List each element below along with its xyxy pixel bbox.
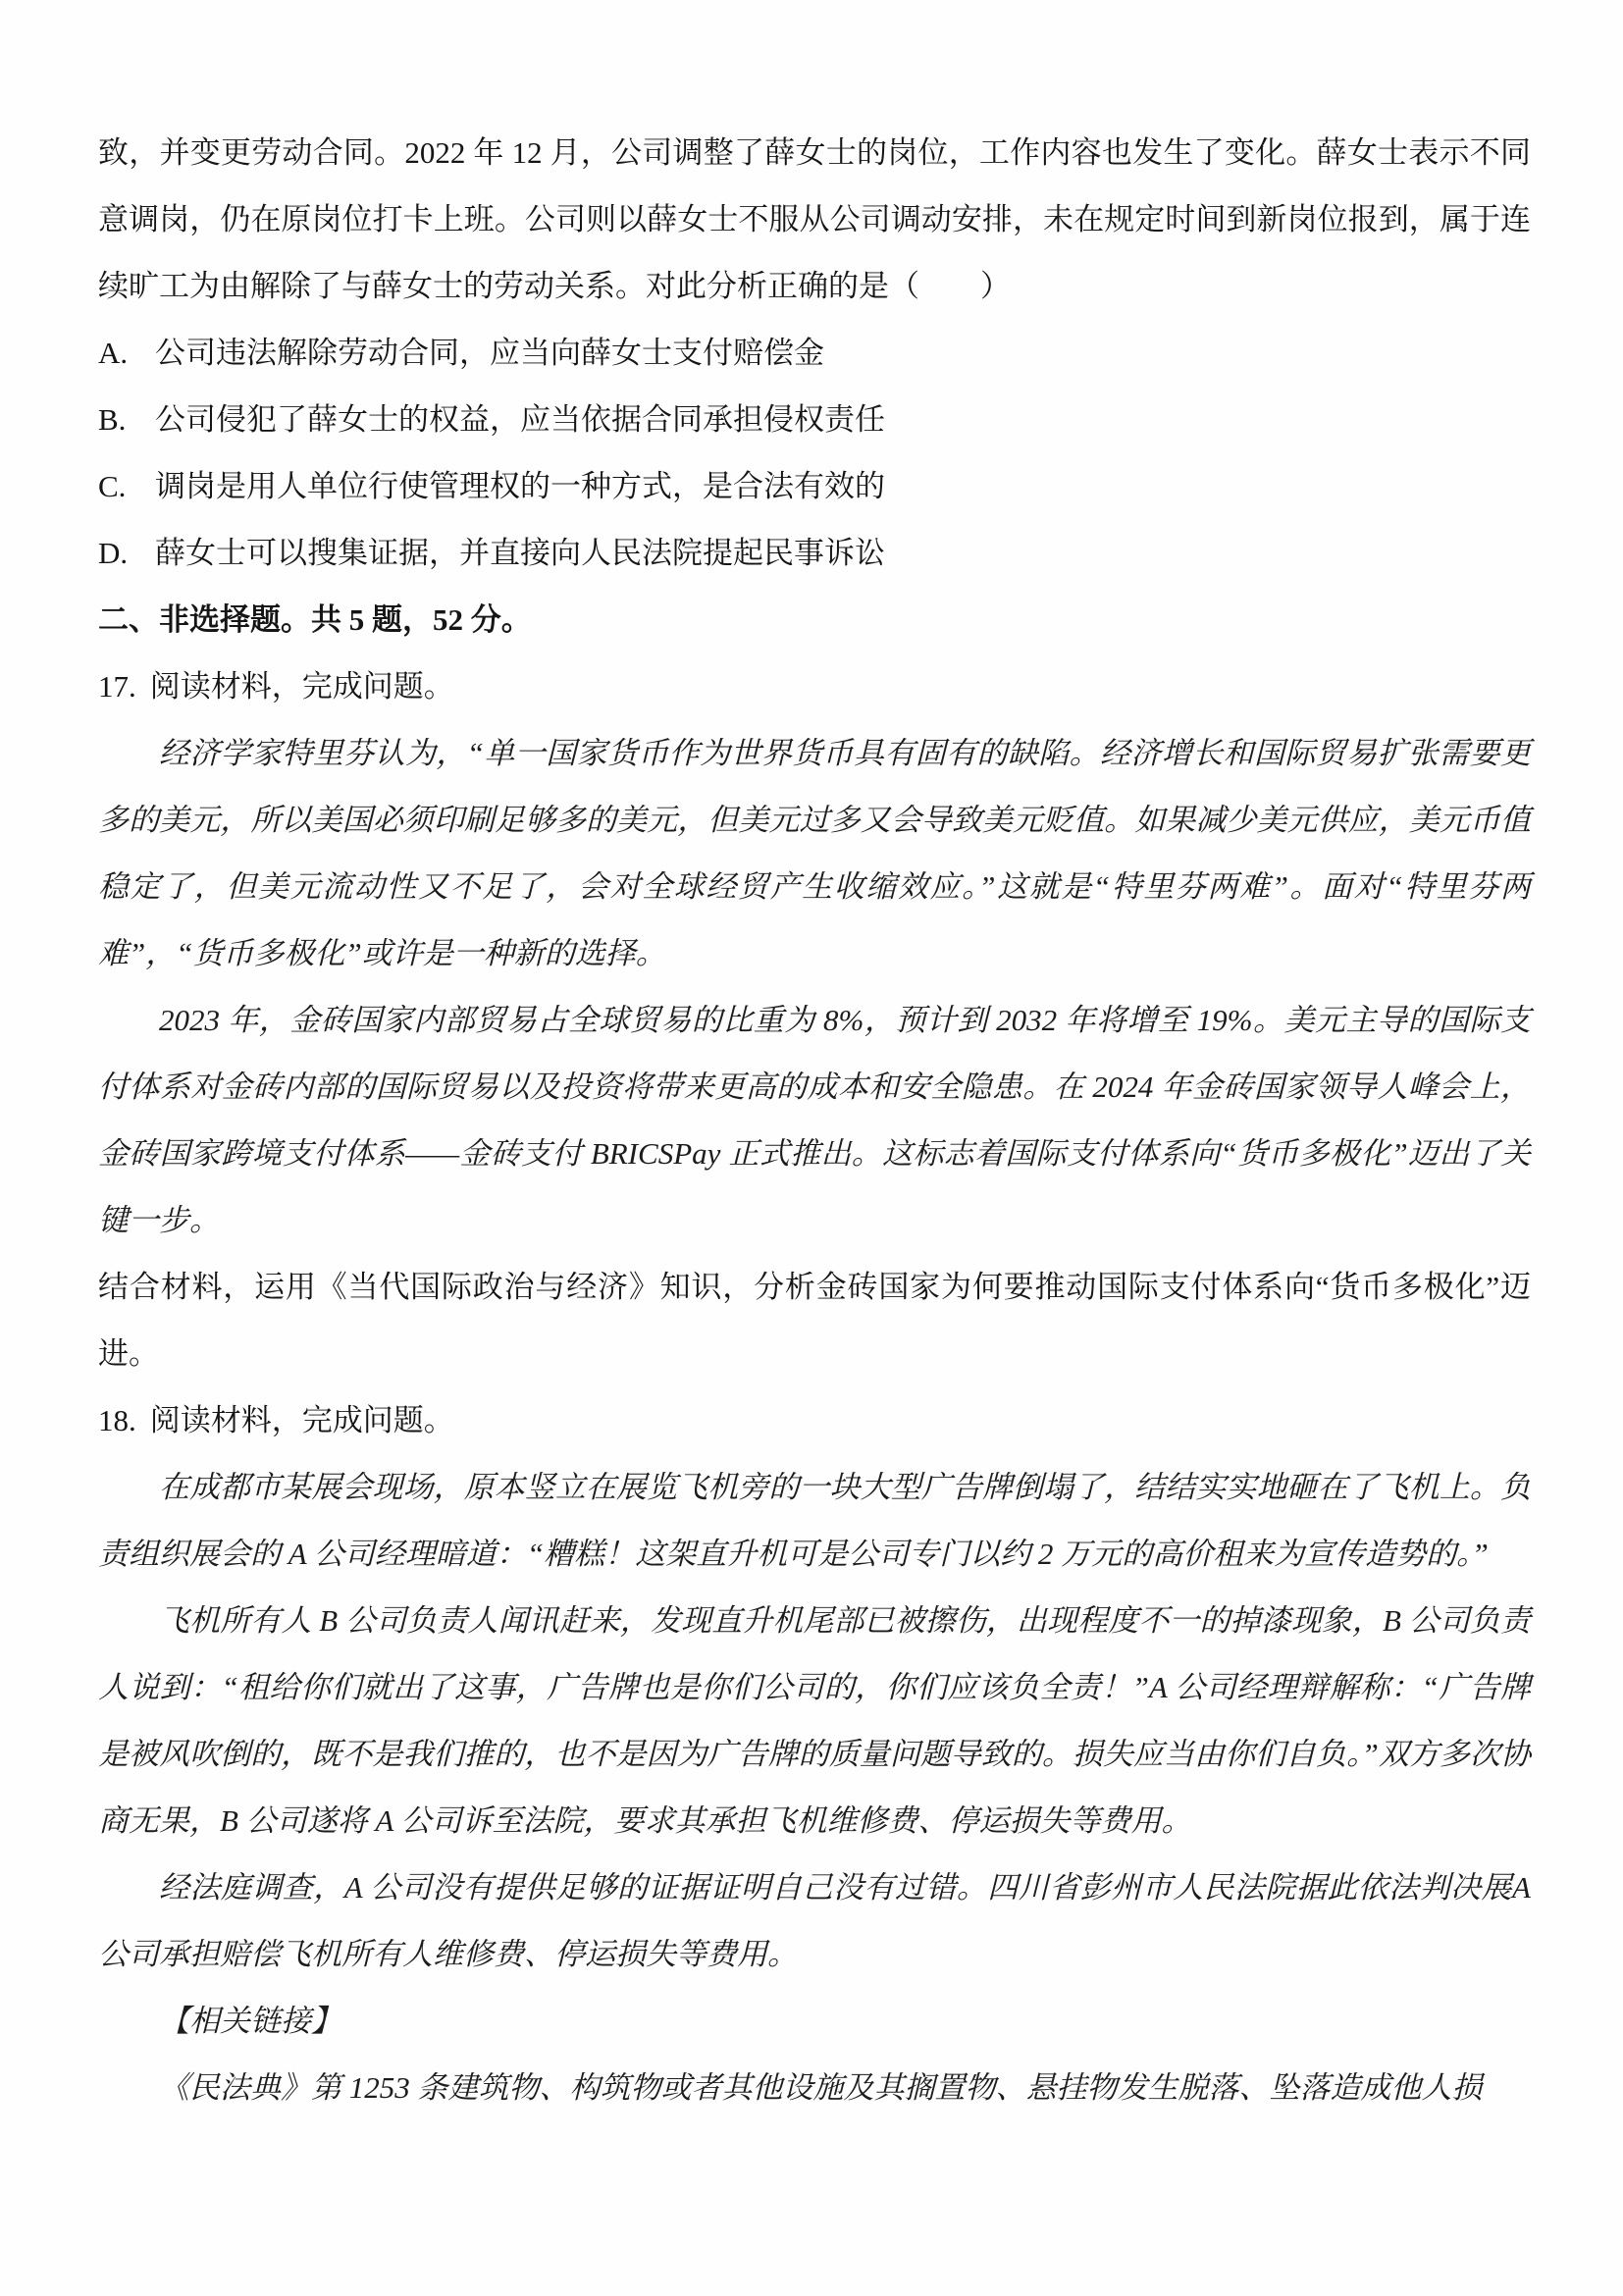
option-d: D. 薛女士可以搜集证据，并直接向人民法院提起民事诉讼 [98, 520, 1531, 587]
option-c: C. 调岗是用人单位行使管理权的一种方式，是合法有效的 [98, 453, 1531, 520]
question-17-intro: 阅读材料，完成问题。 [150, 669, 454, 704]
option-a-label: A. [98, 320, 155, 387]
question-18-material-1: 在成都市某展会现场，原本竖立在展览飞机旁的一块大型广告牌倒塌了，结结实实地砸在了… [98, 1454, 1531, 1588]
question-18-intro: 阅读材料，完成问题。 [150, 1403, 454, 1437]
question-18-material-2: 飞机所有人 B 公司负责人闻讯赶来，发现直升机尾部已被擦伤，出现程度不一的掉漆现… [98, 1588, 1531, 1854]
option-b: B. 公司侵犯了薛女士的权益，应当依据合同承担侵权责任 [98, 387, 1531, 453]
question-16-stem: 致，并变更劳动合同。2022 年 12 月，公司调整了薛女士的岗位，工作内容也发… [98, 120, 1531, 320]
option-d-text: 薛女士可以搜集证据，并直接向人民法院提起民事诉讼 [155, 520, 1531, 587]
section-2-header: 二、非选择题。共 5 题，52 分。 [98, 587, 1531, 653]
question-17-heading: 17.阅读材料，完成问题。 [98, 653, 1531, 720]
option-b-label: B. [98, 387, 155, 453]
option-c-text: 调岗是用人单位行使管理权的一种方式，是合法有效的 [155, 453, 1531, 520]
question-18-number: 18. [98, 1403, 136, 1437]
option-c-label: C. [98, 453, 155, 520]
question-18-material-3: 经法庭调查，A 公司没有提供足够的证据证明自己没有过错。四川省彭州市人民法院据此… [98, 1854, 1531, 1988]
question-17-prompt: 结合材料，运用《当代国际政治与经济》知识，分析金砖国家为何要推动国际支付体系向“… [98, 1254, 1531, 1387]
related-link-text: 《民法典》第 1253 条建筑物、构筑物或者其他设施及其搁置物、悬挂物发生脱落、… [98, 2055, 1531, 2121]
option-b-text: 公司侵犯了薛女士的权益，应当依据合同承担侵权责任 [155, 387, 1531, 453]
question-17-material-1: 经济学家特里芬认为，“单一国家货币作为世界货币具有固有的缺陷。经济增长和国际贸易… [98, 720, 1531, 987]
question-17-material-2: 2023 年，金砖国家内部贸易占全球贸易的比重为 8%，预计到 2032 年将增… [98, 987, 1531, 1254]
exam-page: 致，并变更劳动合同。2022 年 12 月，公司调整了薛女士的岗位，工作内容也发… [0, 0, 1623, 2296]
option-d-label: D. [98, 520, 155, 587]
related-link-title: 【相关链接】 [98, 1988, 1531, 2055]
option-a-text: 公司违法解除劳动合同，应当向薛女士支付赔偿金 [155, 320, 1531, 387]
question-17-number: 17. [98, 669, 136, 704]
question-18-heading: 18.阅读材料，完成问题。 [98, 1387, 1531, 1454]
option-a: A. 公司违法解除劳动合同，应当向薛女士支付赔偿金 [98, 320, 1531, 387]
